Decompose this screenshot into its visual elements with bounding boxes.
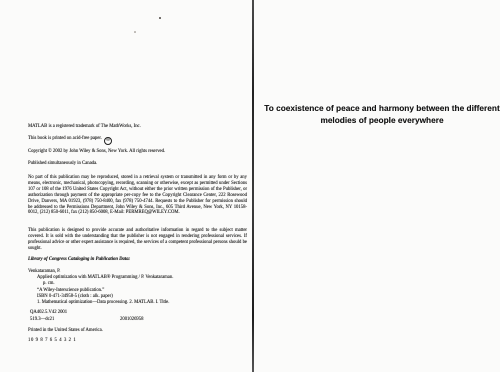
catalog-subjects-line: 1. Mathematical optimization—Data proces… <box>28 300 248 306</box>
disclaimer-paragraph: This publication is designed to provide … <box>28 228 247 252</box>
dedication-line: melodies of people everywhere <box>264 115 500 127</box>
catalog-entry: Venkataraman, P. Applied optimization wi… <box>28 269 248 306</box>
lccn-number: 2001026958 <box>120 317 143 323</box>
trademark-line: MATLAB is a registered trademark of The … <box>28 124 141 130</box>
copyright-page: MATLAB is a registered trademark of The … <box>0 0 252 372</box>
dewey-number: 519.3—dc21 <box>30 317 54 323</box>
printers-key: 10 9 8 7 6 5 4 3 2 1 <box>28 338 76 344</box>
book-scan-spread: MATLAB is a registered trademark of The … <box>0 0 500 372</box>
permissions-paragraph: No part of this publication may be repro… <box>28 175 247 216</box>
acid-free-paper-icon: ∞ <box>104 137 112 145</box>
published-line: Published simultaneously in Canada. <box>28 161 97 167</box>
printed-in-line: Printed in the United States of America. <box>28 328 103 334</box>
scan-speck <box>134 31 136 33</box>
lc-call-number: QA402.5.V42 2001 <box>30 310 67 316</box>
dedication-text: To coexistence of peace and harmony betw… <box>264 103 500 126</box>
loc-cataloging-heading: Library of Congress Cataloging in Public… <box>28 257 130 263</box>
copyright-line: Copyright © 2002 by John Wiley & Sons, N… <box>28 149 165 155</box>
dedication-line: To coexistence of peace and harmony betw… <box>264 103 500 115</box>
acid-free-paper-line: This book is printed on acid-free paper.… <box>28 136 112 145</box>
dedication-page: To coexistence of peace and harmony betw… <box>254 0 500 372</box>
scan-speck <box>159 17 161 19</box>
acid-free-paper-text: This book is printed on acid-free paper. <box>28 136 102 141</box>
